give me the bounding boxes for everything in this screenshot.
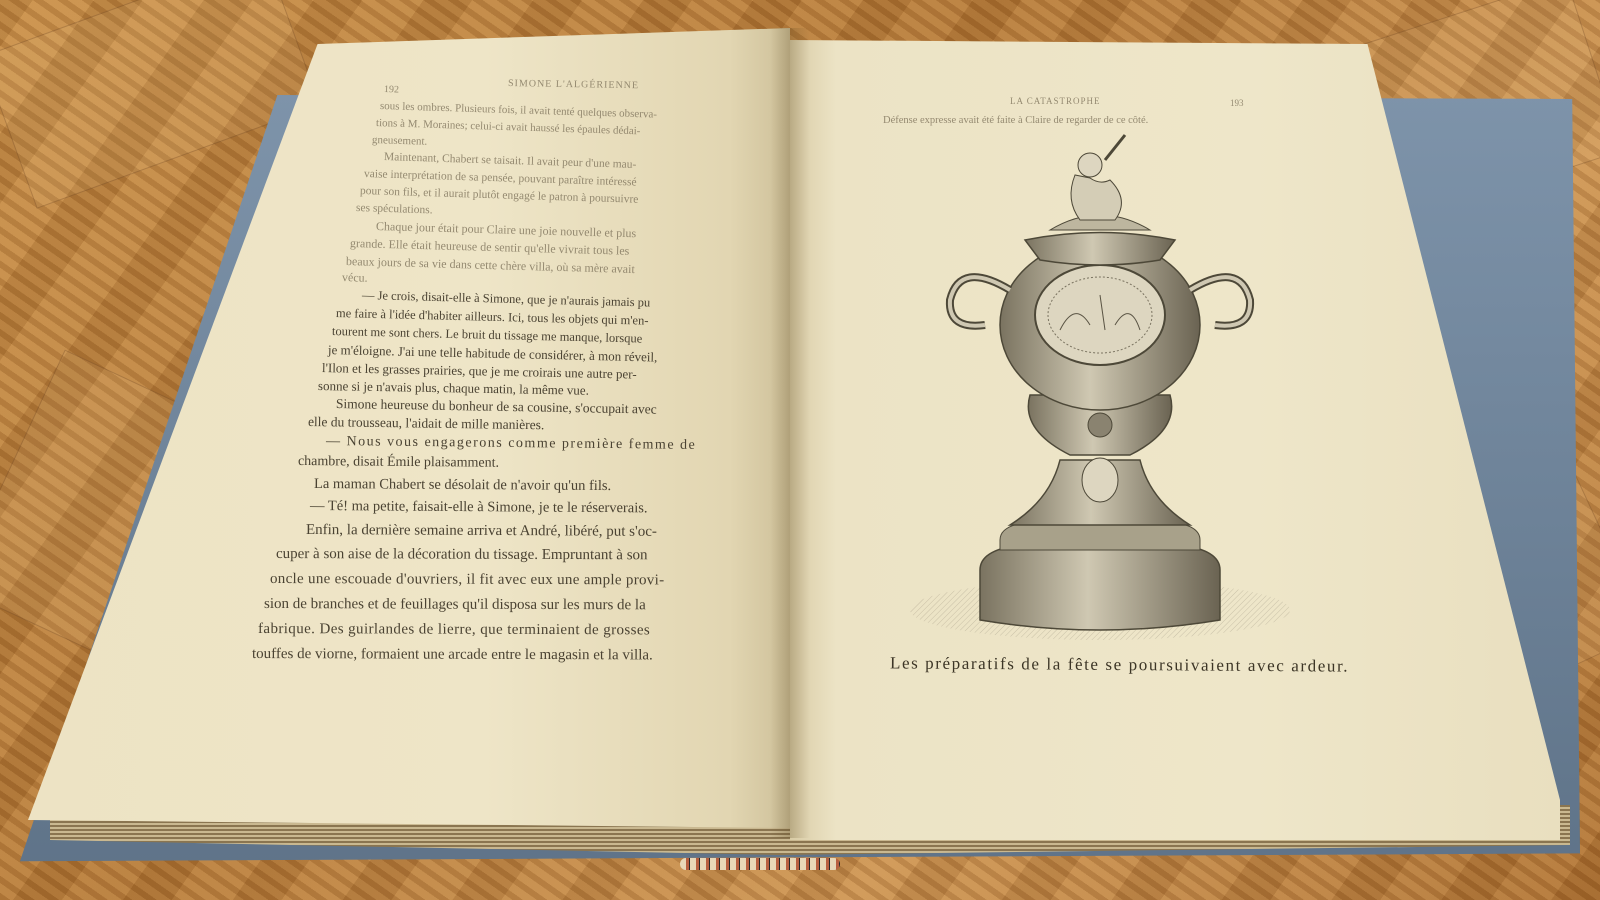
text-line: fabrique. Des guirlandes de lierre, que … (258, 621, 650, 639)
book-gutter (770, 28, 810, 838)
urn-engraving-illustration (900, 130, 1300, 650)
text-line: oncle une escouade d'ouvriers, il fit av… (270, 571, 664, 589)
text-line: ses spéculations. (356, 202, 433, 216)
text-line: La maman Chabert se désolait de n'avoir … (314, 476, 611, 495)
left-page-number: 192 (384, 84, 399, 96)
text-line: elle du trousseau, l'aidait de mille man… (308, 414, 545, 433)
text-line: gneusement. (372, 134, 428, 148)
left-running-head: SIMONE L'ALGÉRIENNE (508, 78, 639, 91)
text-line: sion de branches et de feuillages qu'il … (264, 596, 646, 614)
text-line: — Té! ma petite, faisait-elle à Simone, … (310, 498, 648, 517)
text-line: vécu. (342, 270, 368, 286)
illustration-caption: Les préparatifs de la fête se poursuivai… (890, 653, 1349, 676)
text-line: chambre, disait Émile plaisamment. (298, 454, 499, 472)
text-line: cuper à son aise de la décoration du tis… (276, 546, 648, 564)
right-top-line: Défense expresse avait été faite à Clair… (883, 115, 1148, 126)
right-page-number: 193 (1230, 98, 1244, 108)
right-running-head: LA CATASTROPHE (1010, 96, 1101, 106)
text-line: Enfin, la dernière semaine arriva et And… (306, 522, 657, 541)
text-line: touffes de viorne, formaient une arcade … (252, 646, 653, 664)
book-headband (680, 858, 840, 870)
